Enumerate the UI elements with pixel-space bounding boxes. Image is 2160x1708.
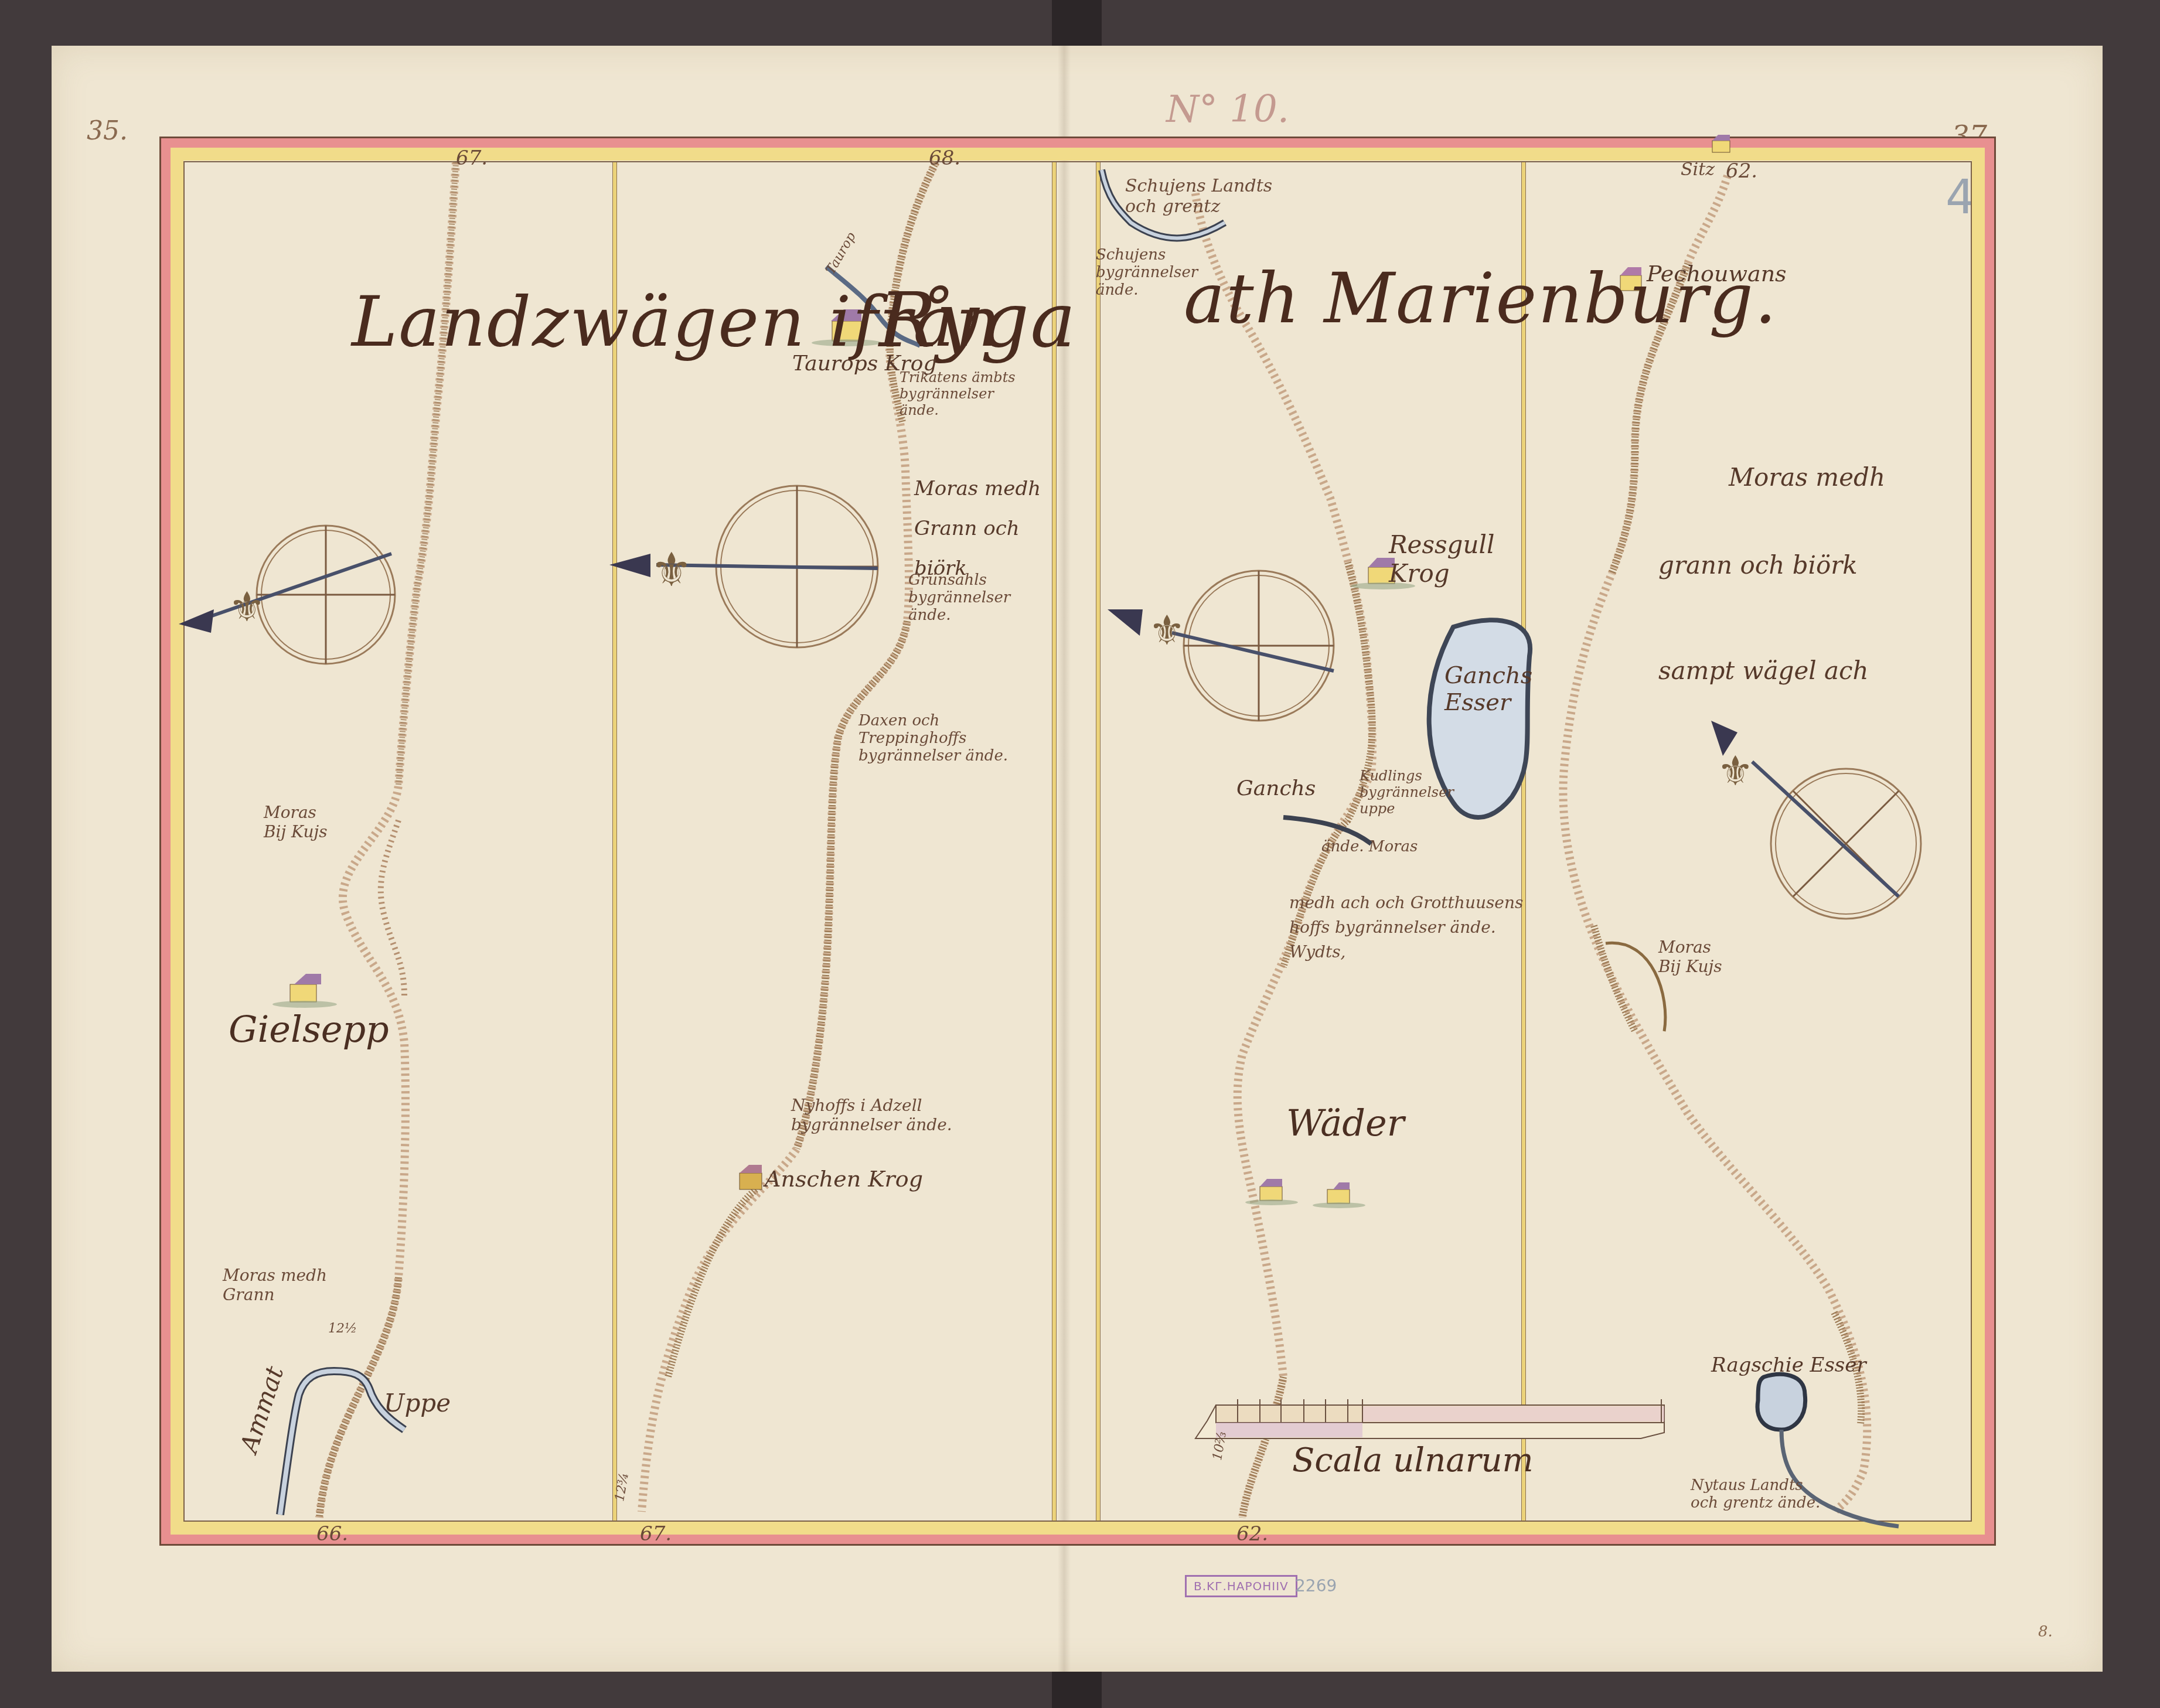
label-ganchs-esser: Ganchs Esser bbox=[1444, 662, 1527, 716]
label-grotthuusens: medh ach och Grotthuusens hoffs bygränne… bbox=[1289, 891, 1524, 964]
label-uppe: Uppe bbox=[384, 1389, 451, 1417]
label-grunsahls: Grünsahls bygrännelser ände. bbox=[908, 571, 1037, 624]
road-strip-3 bbox=[1195, 193, 1372, 1518]
strip-2-top-number: 68. bbox=[929, 146, 960, 170]
svg-text:⚜: ⚜ bbox=[229, 583, 265, 631]
label-schujens-landts: Schujens Landts och grentz bbox=[1125, 176, 1277, 217]
label-trikatens: Trikatens ämbts bygrännelser ände. bbox=[900, 369, 1034, 418]
strip-2-bottom-number: 67. bbox=[640, 1522, 672, 1546]
label-pechouwans: Pechouwans bbox=[1647, 261, 1787, 287]
house-icon-sitz bbox=[1712, 135, 1730, 152]
label-ressgull-krog: Ressgull Krog bbox=[1389, 530, 1494, 588]
label-moras-medh-2: Moras medh bbox=[1729, 463, 1885, 492]
map-drawing: ⚜ ⚜ ⚜ ⚜ bbox=[0, 0, 2160, 1708]
label-moras-bij-kujs-2: Moras Bij Kujs bbox=[1658, 937, 1729, 976]
compass-rose-2: ⚜ bbox=[609, 486, 878, 647]
label-wader: Wäder bbox=[1286, 1102, 1404, 1144]
label-moras-bij-kujs-1: Moras Bij Kujs bbox=[264, 803, 334, 841]
label-kudlings: Kudlings bygrännelser uppe bbox=[1360, 768, 1465, 817]
label-ragschie-esser: Ragschie Esser bbox=[1711, 1354, 1866, 1377]
scale-bar-label: Scala ulnarum bbox=[1292, 1441, 1534, 1479]
label-moras-grann-biork-1: Moras medh Grann och biörk bbox=[914, 469, 1043, 588]
svg-text:⚜: ⚜ bbox=[1149, 606, 1185, 654]
label-gielsepp: Gielsepp bbox=[229, 1008, 389, 1051]
strip-4-top-number: 62. bbox=[1726, 159, 1757, 183]
compass-rose-3: ⚜ bbox=[1108, 571, 1334, 721]
label-nytaus: Nytaus Landts och grentz ände. bbox=[1691, 1477, 1831, 1512]
label-sampt-wagel-ach: sampt wägel ach bbox=[1658, 656, 1869, 685]
label-nyhoffs-adzell: Nyhoffs i Adzell bygrännelser ände. bbox=[791, 1096, 955, 1134]
label-ganchs-river: Ganchs bbox=[1236, 776, 1316, 800]
label-daxen-treppinghoffs: Daxen och Treppinghoffs bygrännelser änd… bbox=[858, 712, 1040, 765]
label-grann-och-biork-2: grann och biörk bbox=[1658, 551, 1858, 579]
svg-text:⚜: ⚜ bbox=[650, 543, 693, 597]
strip-1-bottom-number: 66. bbox=[316, 1522, 348, 1546]
label-moras-medh-grann: Moras medh Grann bbox=[223, 1266, 340, 1304]
distance-strip-1: 12½ bbox=[328, 1321, 357, 1336]
label-ande-moras: ände. Moras bbox=[1321, 838, 1418, 855]
label-anschen-krog: Anschen Krog bbox=[765, 1166, 923, 1192]
house-icon-gielsepp bbox=[272, 974, 337, 1008]
scale-bar bbox=[1195, 1399, 1664, 1438]
label-schujens-boundary: Schujens bygrännelser ände. bbox=[1096, 246, 1236, 299]
strip-1-top-number: 67. bbox=[456, 146, 488, 170]
road-strip-4 bbox=[1563, 176, 1867, 1512]
house-icon-wader-2 bbox=[1313, 1182, 1365, 1208]
label-sitz: Sitz bbox=[1681, 159, 1715, 180]
strip-3-bottom-number: 62. bbox=[1236, 1522, 1268, 1546]
house-icon-anschen bbox=[740, 1165, 762, 1189]
compass-rose-1: ⚜ bbox=[179, 526, 395, 664]
compass-rose-4: ⚜ bbox=[1711, 721, 1921, 919]
lake-ragschie-esser bbox=[1757, 1374, 1805, 1430]
road-strip-1 bbox=[319, 162, 456, 1518]
svg-text:⚜: ⚜ bbox=[1717, 747, 1754, 795]
